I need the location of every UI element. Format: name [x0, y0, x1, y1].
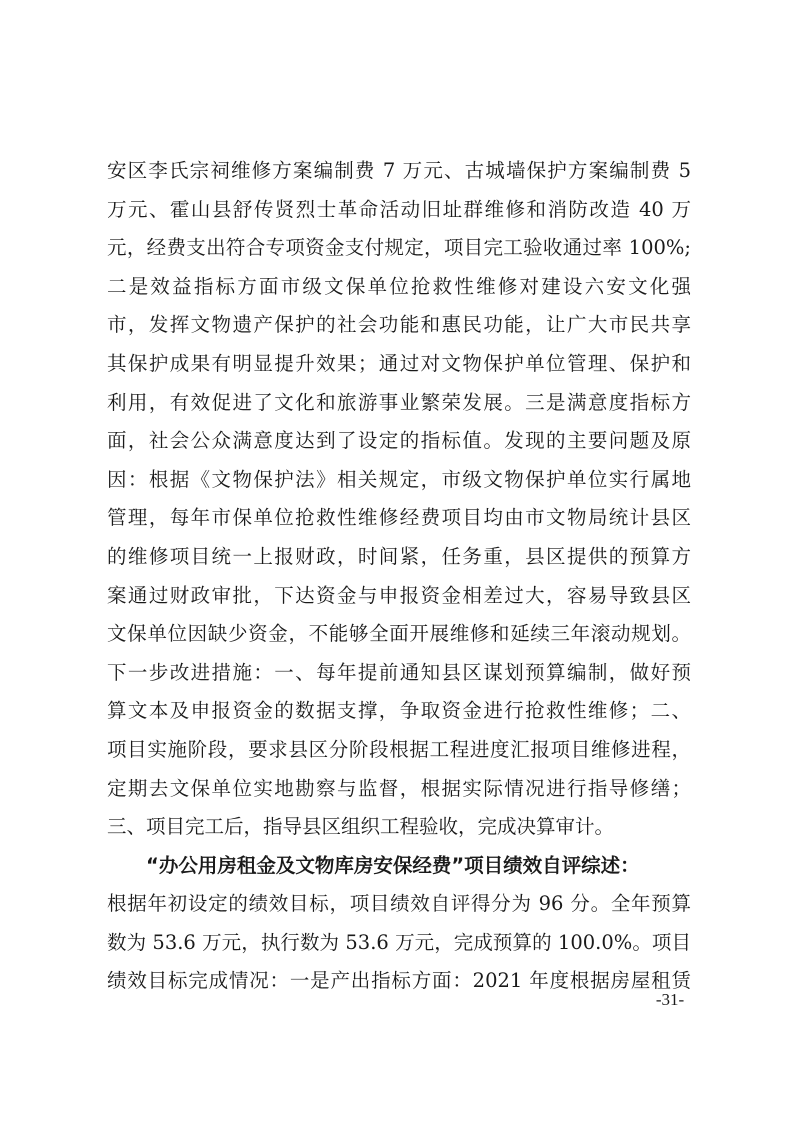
section-heading: “办公用房租金及文物库房安保经费”项目绩效自评综述：	[107, 847, 691, 886]
paragraph-line: 下一步改进措施：一、每年提前通知县区谋划预算编制，做好预	[107, 654, 691, 693]
paragraph-line: 项目实施阶段，要求县区分阶段根据工程进度汇报项目维修进程，	[107, 731, 691, 770]
page-number: -31-	[640, 990, 700, 1010]
paragraph-line: 其保护成果有明显提升效果；通过对文物保护单位管理、保护和	[107, 345, 691, 384]
paragraph-line: 利用，有效促进了文化和旅游事业繁荣发展。三是满意度指标方	[107, 384, 691, 423]
paragraph-line: 安区李氏宗祠维修方案编制费 7 万元、古城墙保护方案编制费 5	[107, 152, 691, 191]
paragraph-line: 的维修项目统一上报财政，时间紧，任务重，县区提供的预算方	[107, 538, 691, 577]
paragraph-line: 算文本及申报资金的数据支撑，争取资金进行抢救性维修；二、	[107, 692, 691, 731]
paragraph-line: 因：根据《文物保护法》相关规定，市级文物保护单位实行属地	[107, 461, 691, 500]
paragraph-line: 市，发挥文物遗产保护的社会功能和惠民功能，让广大市民共享	[107, 306, 691, 345]
paragraph-line: 面，社会公众满意度达到了设定的指标值。发现的主要问题及原	[107, 422, 691, 461]
section-line: 绩效目标完成情况：一是产出指标方面：2021 年度根据房屋租赁	[107, 962, 691, 1001]
paragraph-line: 管理，每年市保单位抢救性维修经费项目均由市文物局统计县区	[107, 499, 691, 538]
paragraph-line: 万元、霍山县舒传贤烈士革命活动旧址群维修和消防改造 40 万	[107, 191, 691, 230]
paragraph-line: 文保单位因缺少资金，不能够全面开展维修和延续三年滚动规划。	[107, 615, 691, 654]
section-line: 数为 53.6 万元，执行数为 53.6 万元，完成预算的 100.0%。项目	[107, 924, 691, 963]
section-line: 根据年初设定的绩效目标，项目绩效自评得分为 96 分。全年预算	[107, 885, 691, 924]
paragraph-line: 二是效益指标方面市级文保单位抢救性维修对建设六安文化强	[107, 268, 691, 307]
paragraph-line: 定期去文保单位实地勘察与监督，根据实际情况进行指导修缮；	[107, 770, 691, 809]
body-text: 安区李氏宗祠维修方案编制费 7 万元、古城墙保护方案编制费 5 万元、霍山县舒传…	[107, 152, 691, 1001]
document-page: 安区李氏宗祠维修方案编制费 7 万元、古城墙保护方案编制费 5 万元、霍山县舒传…	[0, 0, 793, 1122]
paragraph-line: 三、项目完工后，指导县区组织工程验收，完成决算审计。	[107, 808, 691, 847]
paragraph-line: 案通过财政审批，下达资金与申报资金相差过大，容易导致县区	[107, 577, 691, 616]
paragraph-line: 元，经费支出符合专项资金支付规定，项目完工验收通过率 100%;	[107, 229, 691, 268]
